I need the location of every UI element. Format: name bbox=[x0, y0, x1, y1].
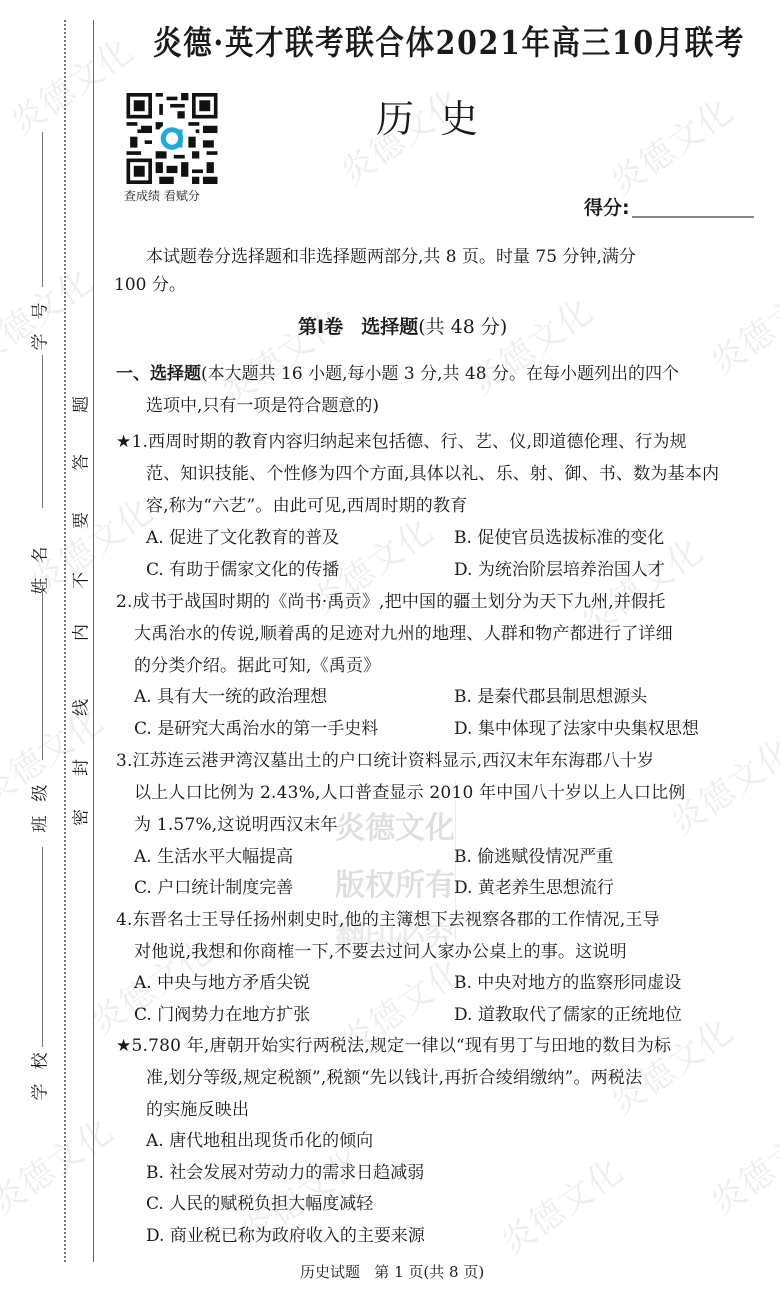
option-b[interactable]: B. 促使官员选拔标准的变化 bbox=[454, 523, 664, 548]
score-label: 得分: bbox=[584, 197, 630, 219]
seal-char: 封 bbox=[67, 756, 92, 780]
question-text: 江苏连云港尹湾汉墓出土的户口统计资料显示,西汉末年东海郡八十岁 bbox=[133, 751, 655, 771]
question-text: 成书于战国时期的《尚书·禹贡》,把中国的疆土划分为天下九州,并假托 bbox=[133, 592, 666, 612]
student-id-label: 学号 bbox=[26, 291, 51, 351]
question-text: 的分类介绍。据此可知,《禹贡》 bbox=[134, 651, 380, 676]
option-d[interactable]: D. 集中体现了法家中央集权思想 bbox=[454, 714, 699, 739]
watermark: 炎德文化 bbox=[699, 1104, 780, 1224]
option-a[interactable]: A. 中央与地方矛盾尖锐 bbox=[134, 968, 310, 993]
option-a[interactable]: A. 具有大一统的政治理想 bbox=[134, 682, 327, 707]
option-c[interactable]: C. 有助于儒家文化的传播 bbox=[146, 555, 339, 580]
question-number: 5. bbox=[131, 1036, 148, 1056]
question-number: 4. bbox=[116, 910, 133, 930]
question-text: 的实施反映出 bbox=[146, 1095, 249, 1120]
question-text: 780 年,唐朝开始实行两税法,规定一律以“现有男丁与田地的数目为标 bbox=[148, 1036, 671, 1056]
option-b[interactable]: B. 社会发展对劳动力的需求日趋减弱 bbox=[146, 1158, 424, 1183]
question-number: 3. bbox=[116, 751, 133, 771]
subject-title: 历史 bbox=[376, 88, 504, 143]
exam-title: 炎德·英才联考联合体2021年高三10月联考 bbox=[153, 17, 733, 64]
question-text: 大禹治水的传说,顺着禹的足迹对九州的地理、人群和物产都进行了详细 bbox=[134, 619, 673, 644]
class-blank[interactable] bbox=[42, 585, 43, 760]
score-blank[interactable] bbox=[632, 216, 754, 218]
question-text: 准,划分等级,规定税额”,税额“先以钱计,再折合绫绢缴纳”。两税法 bbox=[146, 1063, 642, 1088]
option-b[interactable]: B. 中央对地方的监察形同虚设 bbox=[454, 968, 681, 993]
star-icon: ★ bbox=[116, 1036, 131, 1056]
student-name-blank[interactable] bbox=[42, 355, 43, 508]
question-text: 东晋名士王导任扬州刺史时,他的主簿想下去视察各郡的工作情况,王导 bbox=[133, 910, 660, 930]
score-field: 得分: bbox=[584, 193, 754, 220]
question-text: 范、知识技能、个性修为四个方面,具体以礼、乐、射、御、书、数为基本内 bbox=[146, 459, 719, 484]
seal-char: 不 bbox=[67, 569, 92, 593]
seal-char: 题 bbox=[67, 393, 92, 417]
option-d[interactable]: D. 商业税已称为政府收入的主要来源 bbox=[146, 1221, 425, 1246]
option-c[interactable]: C. 门阀势力在地方扩张 bbox=[134, 1000, 310, 1025]
watermark: 炎德文化 bbox=[0, 694, 111, 814]
seal-char: 要 bbox=[67, 509, 92, 533]
option-d[interactable]: D. 道教取代了儒家的正统地位 bbox=[454, 1000, 682, 1025]
question-text: 以上人口比例为 2.43%,人口普查显示 2010 年中国八十岁以上人口比例 bbox=[134, 778, 685, 803]
option-b[interactable]: B. 偷逃赋役情况严重 bbox=[454, 842, 613, 867]
school-label: 学校 bbox=[26, 1041, 51, 1101]
star-icon: ★ bbox=[116, 432, 131, 452]
option-a[interactable]: A. 促进了文化教育的普及 bbox=[146, 523, 339, 548]
seal-char: 密 bbox=[67, 806, 92, 830]
seal-char: 内 bbox=[67, 621, 92, 645]
student-id-blank[interactable] bbox=[42, 132, 43, 287]
school-blank[interactable] bbox=[42, 847, 43, 1047]
question-text: 西周时期的教育内容归纳起来包括德、行、艺、仪,即道德伦理、行为规 bbox=[148, 432, 687, 452]
margin-rule bbox=[93, 20, 94, 1262]
seal-char: 线 bbox=[67, 696, 92, 720]
part-label: 一、选择题 bbox=[116, 364, 201, 384]
section-title: 第Ⅰ卷 bbox=[298, 316, 343, 338]
copyright-stamp-line: 炎德文化 bbox=[335, 803, 455, 847]
option-b[interactable]: B. 是秦代郡县制思想源头 bbox=[454, 682, 647, 707]
question-number: 2. bbox=[116, 592, 133, 612]
class-label: 班级 bbox=[26, 773, 51, 833]
student-name-label: 姓名 bbox=[26, 535, 51, 595]
watermark: 炎德文化 bbox=[0, 1104, 121, 1224]
part-heading: 一、选择题(本大题共 16 小题,每小题 3 分,共 48 分。在每小题列出的四… bbox=[116, 359, 679, 390]
question-line: ★5.780 年,唐朝开始实行两税法,规定一律以“现有男丁与田地的数目为标 bbox=[116, 1031, 671, 1056]
option-a[interactable]: A. 唐代地租出现货币化的倾向 bbox=[146, 1126, 373, 1151]
question-text: 为 1.57%,这说明西汉末年 bbox=[134, 810, 338, 835]
option-c[interactable]: C. 人民的赋税负担大幅度减轻 bbox=[146, 1189, 373, 1214]
option-a[interactable]: A. 生活水平大幅提高 bbox=[134, 842, 293, 867]
option-d[interactable]: D. 为统治阶层培养治国人才 bbox=[454, 555, 665, 580]
qr-code-icon[interactable] bbox=[125, 93, 219, 184]
watermark: 炎德文化 bbox=[0, 24, 141, 144]
question-text: 容,称为“六艺”。由此可见,西周时期的教育 bbox=[146, 491, 467, 516]
instructions-line: 100 分。 bbox=[114, 270, 186, 301]
part-description: (本大题共 16 小题,每小题 3 分,共 48 分。在每小题列出的四个 bbox=[201, 364, 679, 384]
option-c[interactable]: C. 是研究大禹治水的第一手史料 bbox=[134, 714, 378, 739]
section-points: (共 48 分) bbox=[418, 316, 507, 338]
watermark: 炎德文化 bbox=[699, 264, 780, 384]
question-line: 4.东晋名士王导任扬州刺史时,他的主簿想下去视察各郡的工作情况,王导 bbox=[116, 905, 660, 930]
seal-char: 答 bbox=[67, 451, 92, 475]
section-heading: 第Ⅰ卷 选择题(共 48 分) bbox=[298, 312, 507, 339]
option-c[interactable]: C. 户口统计制度完善 bbox=[134, 873, 293, 898]
question-text: 对他说,我想和你商榷一下,不要去过问人家办公桌上的事。这说明 bbox=[134, 937, 627, 962]
watermark: 炎德文化 bbox=[489, 1144, 632, 1264]
part-description-cont: 选项中,只有一项是符合题意的) bbox=[146, 391, 379, 422]
copyright-stamp-line: 版权所有 bbox=[335, 860, 455, 904]
question-line: 3.江苏连云港尹湾汉墓出土的户口统计资料显示,西汉末年东海郡八十岁 bbox=[116, 746, 654, 771]
watermark: 炎德文化 bbox=[0, 254, 101, 374]
qr-caption: 查成绩 看赋分 bbox=[124, 187, 200, 204]
watermark: 炎德文化 bbox=[599, 84, 742, 204]
instructions-line: 本试题卷分选择题和非选择题两部分,共 8 页。时量 75 分钟,满分 bbox=[146, 242, 636, 273]
question-number: 1. bbox=[131, 432, 148, 452]
question-line: 2.成书于战国时期的《尚书·禹贡》,把中国的疆土划分为天下九州,并假托 bbox=[116, 587, 665, 612]
option-d[interactable]: D. 黄老养生思想流行 bbox=[454, 873, 614, 898]
section-subtitle: 选择题 bbox=[361, 316, 418, 338]
question-line: ★1.西周时期的教育内容归纳起来包括德、行、艺、仪,即道德伦理、行为规 bbox=[116, 427, 687, 452]
page-footer: 历史试题 第 1 页(共 8 页) bbox=[300, 1261, 484, 1282]
